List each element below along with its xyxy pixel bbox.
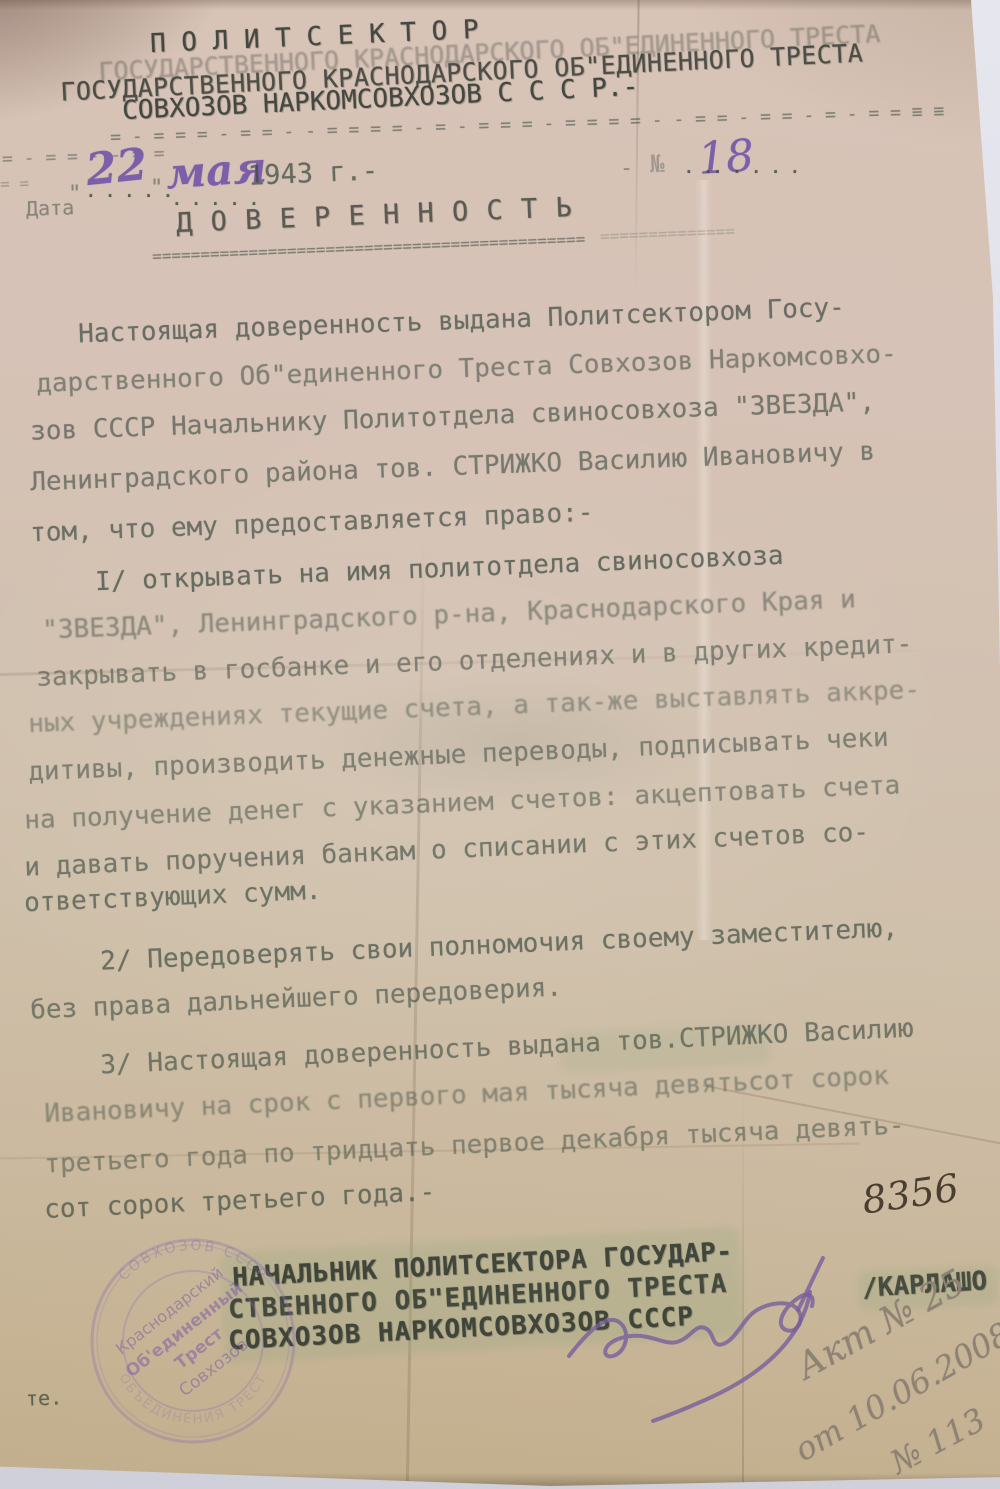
- body-line: Настоящая доверенность выдана Политсекто…: [78, 293, 846, 350]
- body-line: без права дальнейшего передоверия.: [30, 972, 563, 1025]
- body-line: Ленинградского района тов. СТРИЖКО Васил…: [30, 437, 876, 498]
- date-quote-close: ": [150, 176, 163, 201]
- document-paper: П О Л И Т С Е К Т О Р ГОСУДАРСТВЕННОГО К…: [0, 0, 1000, 1489]
- body-line: ответствующих сумм.: [24, 876, 322, 918]
- body-line: I/ открывать на имя политотдела свиносов…: [95, 541, 784, 597]
- corner-mark: те.: [26, 1385, 63, 1410]
- number-sign: №: [650, 150, 665, 178]
- letterhead-rule-3: = =: [0, 174, 29, 194]
- stamp-ring-top-text: СОВХОЗОВ СССР: [116, 1238, 271, 1284]
- title-underline-ext: ==============: [600, 221, 736, 245]
- number-dash: -: [620, 156, 633, 181]
- round-stamp: СОВХОЗОВ СССР ОБЪЕДИНЕНИЯ ТРЕСТ Краснода…: [86, 1234, 300, 1448]
- svg-text:СОВХОЗОВ СССР: СОВХОЗОВ СССР: [116, 1238, 271, 1284]
- number-dots: . .. . . . .: [684, 158, 800, 177]
- photo-background: П О Л И Т С Е К Т О Р ГОСУДАРСТВЕННОГО К…: [0, 0, 1000, 1489]
- body-line: сот сорок третьего года.-: [44, 1177, 436, 1225]
- date-year-typed: 1943 г.-: [247, 155, 378, 192]
- date-quote-open: ": [68, 182, 81, 207]
- ledger-number-handwritten: 8356: [859, 1165, 961, 1222]
- body-line: том, что ему предоставляется право:-: [30, 498, 594, 549]
- body-line: зов СССР Начальнику Политотдела свиносов…: [30, 387, 876, 446]
- body-line: 2/ Передоверять свои полномочия своему з…: [100, 913, 899, 976]
